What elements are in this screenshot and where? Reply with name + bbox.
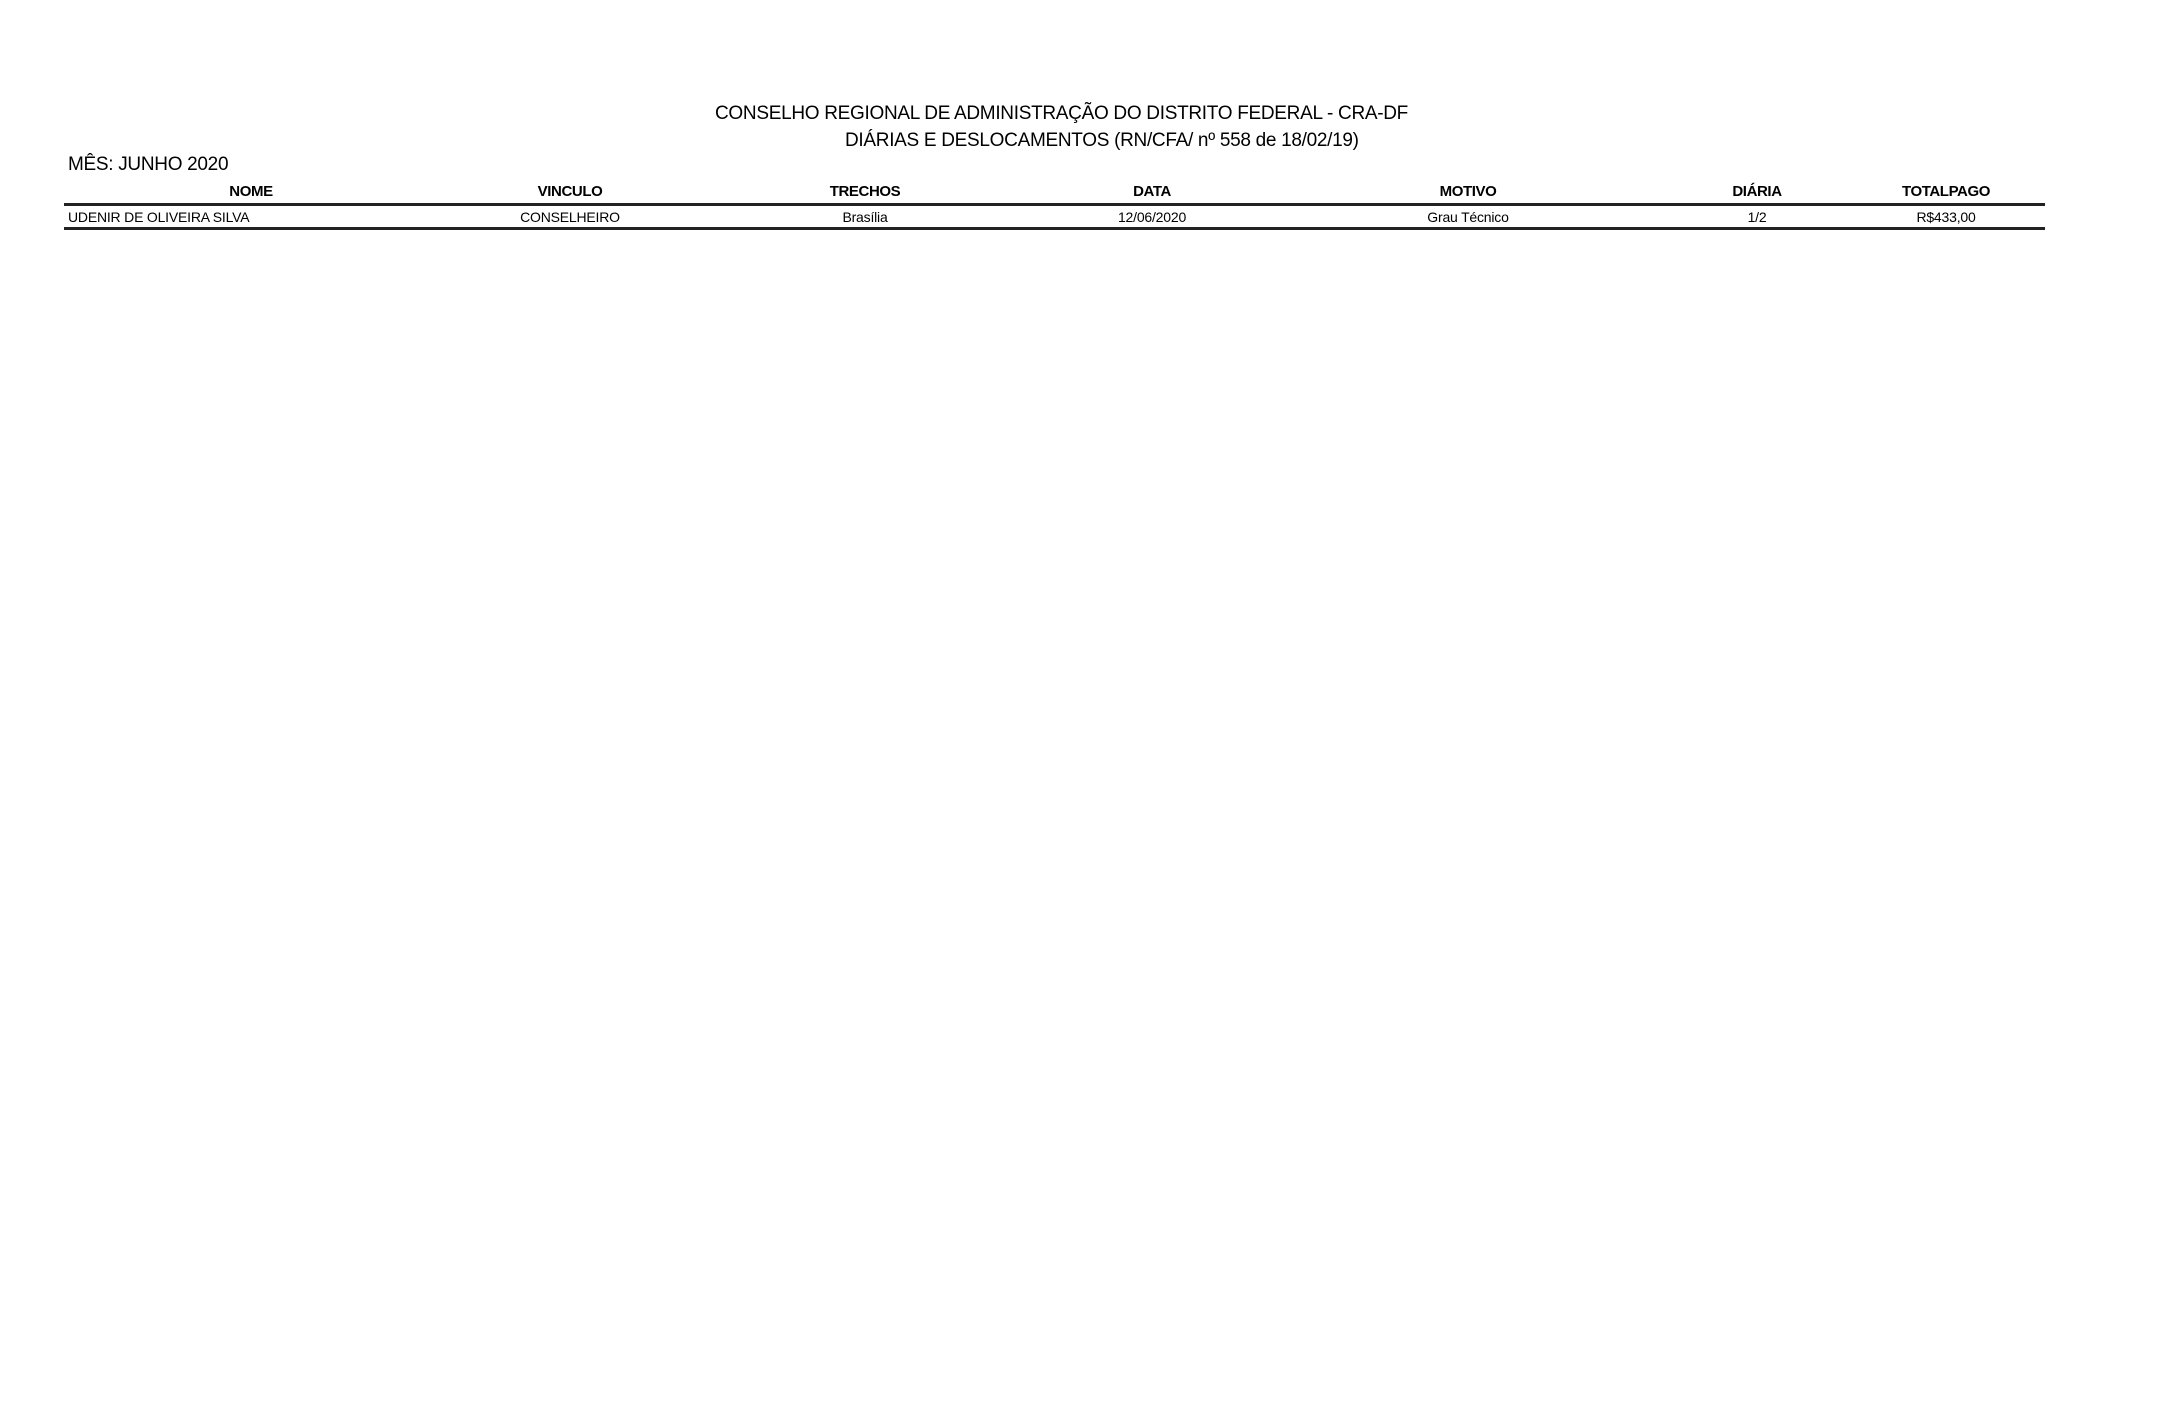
cell-diaria: 1/2 bbox=[1748, 209, 1767, 225]
column-header-diaria: DIÁRIA bbox=[1732, 183, 1781, 200]
table-row: UDENIR DE OLIVEIRA SILVA CONSELHEIRO Bra… bbox=[64, 206, 2045, 230]
column-header-total-pago: TOTALPAGO bbox=[1902, 183, 1990, 200]
cell-data: 12/06/2020 bbox=[1118, 209, 1186, 225]
column-header-nome: NOME bbox=[229, 183, 272, 200]
document-subtitle: DIÁRIAS E DESLOCAMENTOS (RN/CFA/ nº 558 … bbox=[845, 130, 1359, 152]
cell-vinculo: CONSELHEIRO bbox=[520, 209, 620, 225]
column-header-trechos: TRECHOS bbox=[830, 183, 901, 200]
cell-total-pago: R$433,00 bbox=[1916, 209, 1975, 225]
month-label: MÊS: JUNHO 2020 bbox=[68, 154, 228, 176]
column-header-data: DATA bbox=[1133, 183, 1171, 200]
cell-nome: UDENIR DE OLIVEIRA SILVA bbox=[68, 209, 249, 225]
column-header-vinculo: VINCULO bbox=[538, 183, 603, 200]
table-header-row: NOME VINCULO TRECHOS DATA MOTIVO DIÁRIA … bbox=[64, 180, 2045, 206]
cell-motivo: Grau Técnico bbox=[1427, 209, 1508, 225]
column-header-motivo: MOTIVO bbox=[1440, 183, 1497, 200]
cell-trechos: Brasília bbox=[842, 209, 887, 225]
expenses-table: NOME VINCULO TRECHOS DATA MOTIVO DIÁRIA … bbox=[64, 180, 2045, 230]
document-title: CONSELHO REGIONAL DE ADMINISTRAÇÃO DO DI… bbox=[715, 103, 1408, 125]
